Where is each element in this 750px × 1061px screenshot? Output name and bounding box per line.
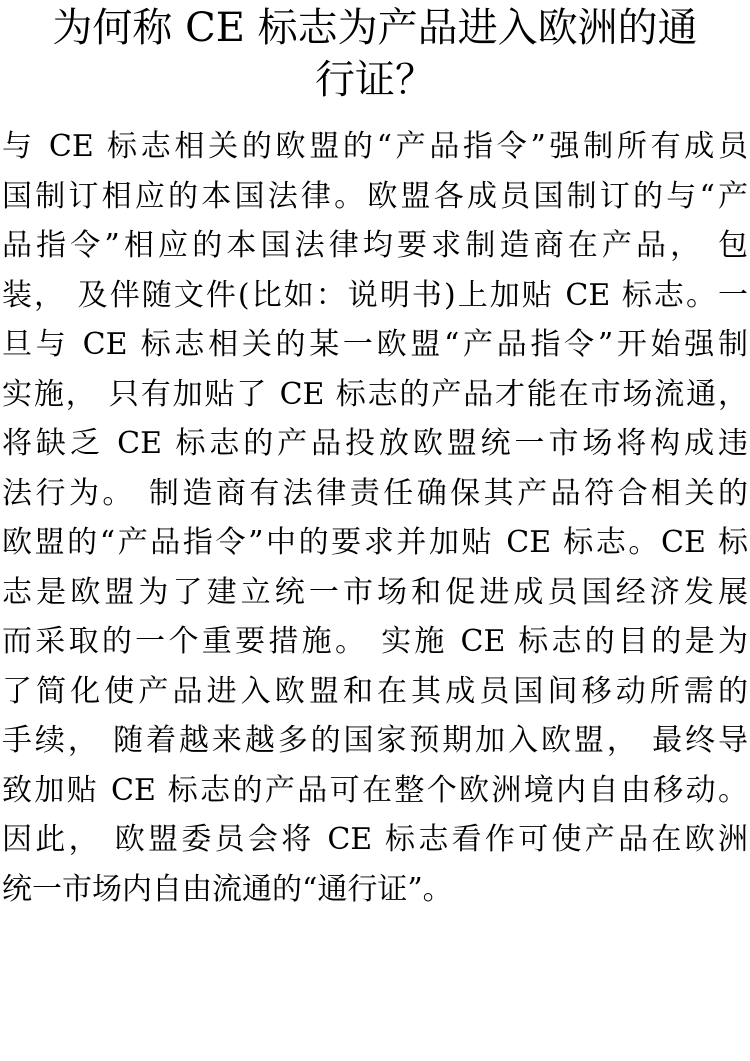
body-line: 手续， 随着越来越多的国家预期加入欧盟， 最终导 <box>2 716 748 766</box>
body-line: 与 CE 标志相关的欧盟的“产品指令”强制所有成员 <box>2 122 748 172</box>
body-line: 将缺乏 CE 标志的产品投放欧盟统一市场将构成违 <box>2 419 748 469</box>
document-body: 与 CE 标志相关的欧盟的“产品指令”强制所有成员 国制订相应的本国法律。欧盟各… <box>2 122 748 914</box>
body-line: 而采取的一个重要措施。 实施 CE 标志的目的是为 <box>2 617 748 667</box>
body-line: 欧盟的“产品指令”中的要求并加贴 CE 标志。CE 标 <box>2 518 748 568</box>
title-line: 行证？ <box>0 54 750 106</box>
document-page: 为何称 CE 标志为产品进入欧洲的通 行证？ 与 CE 标志相关的欧盟的“产品指… <box>0 0 750 1061</box>
body-line: 装， 及伴随文件(比如：说明书)上加贴 CE 标志。一 <box>2 271 748 321</box>
document-title: 为何称 CE 标志为产品进入欧洲的通 行证？ <box>0 2 750 106</box>
body-line: 统一市场内自由流通的“通行证”。 <box>2 865 748 915</box>
body-line: 法行为。 制造商有法律责任确保其产品符合相关的 <box>2 469 748 519</box>
body-line: 实施， 只有加贴了 CE 标志的产品才能在市场流通， <box>2 370 748 420</box>
body-line: 品指令”相应的本国法律均要求制造商在产品， 包 <box>2 221 748 271</box>
body-line: 旦与 CE 标志相关的某一欧盟“产品指令”开始强制 <box>2 320 748 370</box>
body-line: 致加贴 CE 标志的产品可在整个欧洲境内自由移动。 <box>2 766 748 816</box>
body-line: 了简化使产品进入欧盟和在其成员国间移动所需的 <box>2 667 748 717</box>
body-line: 志是欧盟为了建立统一市场和促进成员国经济发展 <box>2 568 748 618</box>
body-line: 国制订相应的本国法律。欧盟各成员国制订的与“产 <box>2 172 748 222</box>
title-line: 为何称 CE 标志为产品进入欧洲的通 <box>0 2 750 54</box>
body-line: 因此， 欧盟委员会将 CE 标志看作可使产品在欧洲 <box>2 815 748 865</box>
